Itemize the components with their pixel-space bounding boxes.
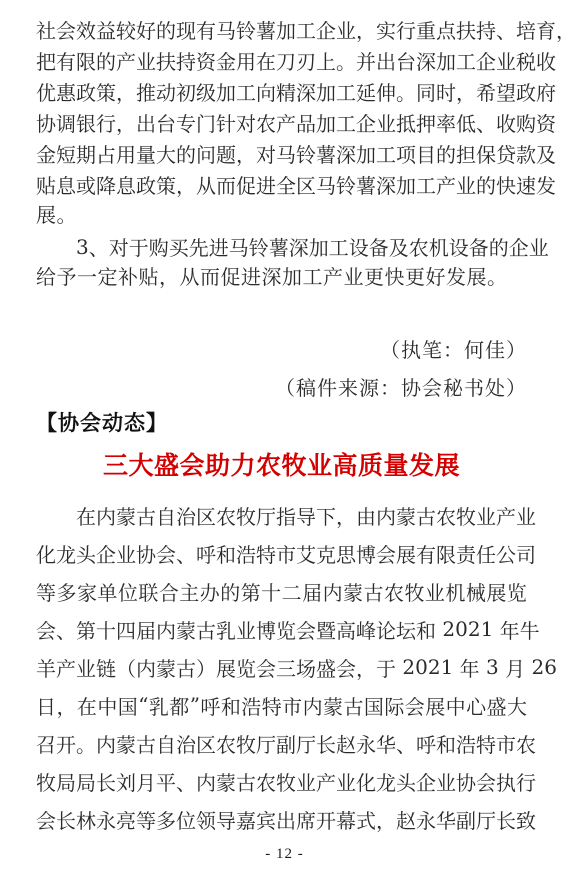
paragraph-line: 羊产业链（内蒙古）展览会三场盛会，于 2021 年 3 月 26 <box>36 648 527 686</box>
article2-paragraph: 在内蒙古自治区农牧厅指导下，由内蒙古农牧业产业 化龙头企业协会、呼和浩特市艾克思… <box>36 496 527 838</box>
article1-paragraph1: 社会效益较好的现有马铃薯加工企业，实行重点扶持、培育， 把有限的产业扶持资金用在… <box>36 14 527 231</box>
paragraph-line: 贴息或降息政策，从而促进全区马铃薯深加工产业的快速发 <box>36 169 527 200</box>
paragraph-line: 在内蒙古自治区农牧厅指导下，由内蒙古农牧业产业 <box>36 496 527 534</box>
attribution-source: （稿件来源：协会秘书处） <box>36 373 527 404</box>
document-page: 社会效益较好的现有马铃薯加工企业，实行重点扶持、培育， 把有限的产业扶持资金用在… <box>0 0 569 884</box>
paragraph-line: 3、对于购买先进马铃薯深加工设备及农机设备的企业 <box>36 231 527 262</box>
paragraph-line: 社会效益较好的现有马铃薯加工企业，实行重点扶持、培育， <box>36 14 527 45</box>
paragraph-line: 给予一定补贴，从而促进深加工产业更快更好发展。 <box>36 262 527 293</box>
paragraph-line: 会、第十四届内蒙古乳业博览会暨高峰论坛和 2021 年牛 <box>36 610 527 648</box>
paragraph-line: 化龙头企业协会、呼和浩特市艾克思博会展有限责任公司 <box>36 534 527 572</box>
attribution-author: （执笔：何佳） <box>36 335 527 366</box>
paragraph-line: 日，在中国“乳都”呼和浩特市内蒙古国际会展中心盛大 <box>36 686 527 724</box>
paragraph-line: 优惠政策，推动初级加工向精深加工延伸。同时，希望政府 <box>36 76 527 107</box>
paragraph-line: 等多家单位联合主办的第十二届内蒙古农牧业机械展览 <box>36 572 527 610</box>
article2-title: 三大盛会助力农牧业高质量发展 <box>36 448 527 484</box>
section-label: 【协会动态】 <box>36 408 527 438</box>
article1-paragraph2: 3、对于购买先进马铃薯深加工设备及农机设备的企业 给予一定补贴，从而促进深加工产… <box>36 231 527 293</box>
page-number: - 12 - <box>0 846 569 863</box>
page-content: 社会效益较好的现有马铃薯加工企业，实行重点扶持、培育， 把有限的产业扶持资金用在… <box>0 0 569 838</box>
paragraph-line: 把有限的产业扶持资金用在刀刃上。并出台深加工企业税收 <box>36 45 527 76</box>
paragraph-line: 会长林永亮等多位领导嘉宾出席开幕式，赵永华副厅长致 <box>36 800 527 838</box>
paragraph-line: 召开。内蒙古自治区农牧厅副厅长赵永华、呼和浩特市农 <box>36 724 527 762</box>
paragraph-line: 展。 <box>36 200 527 231</box>
paragraph-line: 协调银行，出台专门针对农产品加工企业抵押率低、收购资 <box>36 107 527 138</box>
paragraph-line: 牧局局长刘月平、内蒙古农牧业产业化龙头企业协会执行 <box>36 762 527 800</box>
paragraph-line: 金短期占用量大的问题，对马铃薯深加工项目的担保贷款及 <box>36 138 527 169</box>
